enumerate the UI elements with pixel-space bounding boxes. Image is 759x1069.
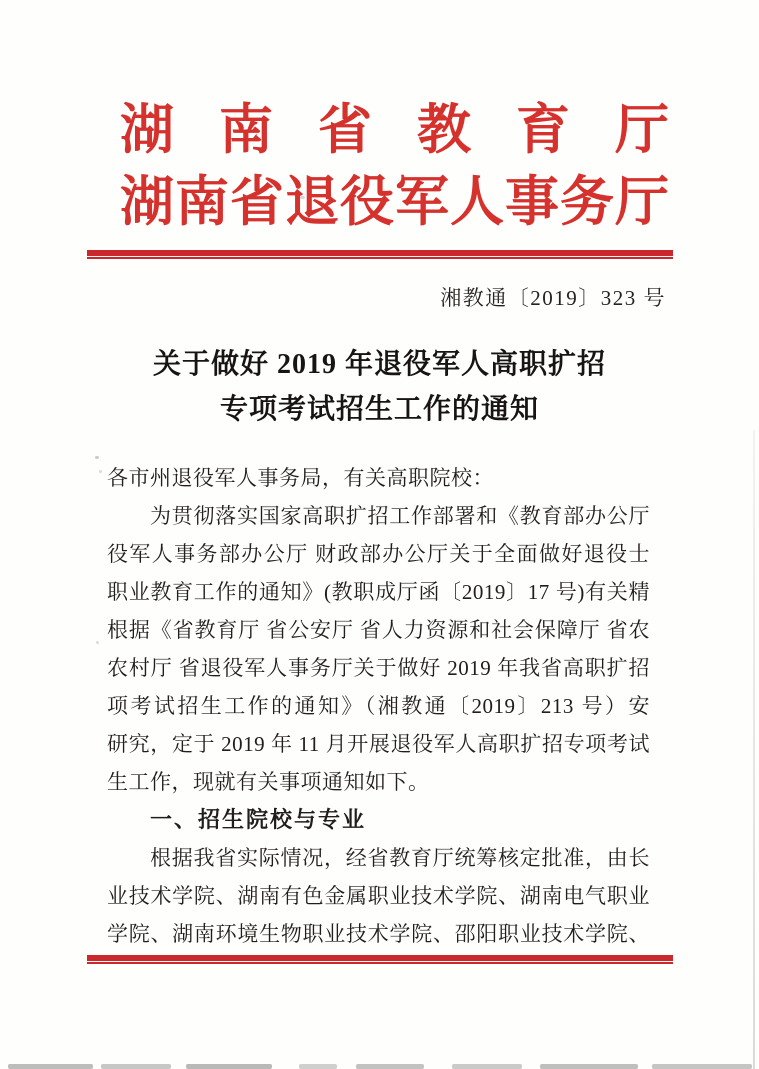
letterhead-agency-line-1: 湖南省教育厅 <box>120 100 669 160</box>
body-text: 各市州退役军人事务局，有关高职院校：为贯彻落实国家高职扩招工作部署和《教育部办公… <box>107 459 650 953</box>
body-line: 项考试招生工作的通知》（湘教通〔2019〕213 号）安排，经 <box>107 687 650 725</box>
scan-edge-artifact-right <box>753 430 755 1069</box>
letterhead-rule <box>87 250 673 259</box>
notice-title: 关于做好 2019 年退役军人高职扩招 专项考试招生工作的通知 <box>0 342 759 432</box>
document-number: 湘教通〔2019〕323 号 <box>440 283 666 313</box>
scanned-official-notice-page: 湖南省教育厅 湖南省退役军人事务厅 湘教通〔2019〕323 号 关于做好 20… <box>0 0 759 1069</box>
body-line: 研究，定于 2019 年 11 月开展退役军人高职扩招专项考试招 <box>107 725 650 763</box>
body-line: 职业教育工作的通知》(教职成厅函〔2019〕17 号)有关精神， <box>107 573 650 611</box>
letterhead-agency-line-2: 湖南省退役军人事务厅 <box>120 172 669 232</box>
section-heading: 一、招生院校与专业 <box>107 801 650 839</box>
notice-title-line-2: 专项考试招生工作的通知 <box>0 387 759 432</box>
body-line: 农村厅 省退役军人事务厅关于做好 2019 年我省高职扩招专 <box>107 649 650 687</box>
body-line: 根据我省实际情况，经省教育厅统筹核定批准，由长沙职 <box>107 839 650 877</box>
scan-edge-artifact-bottom <box>0 1062 759 1069</box>
body-line: 业技术学院、湖南有色金属职业技术学院、湖南电气职业技术 <box>107 877 650 915</box>
body-line: 学院、湖南环境生物职业技术学院、邵阳职业技术学院、湖南 <box>107 915 650 953</box>
body-line: 根据《省教育厅 省公安厅 省人力资源和社会保障厅 省农业 <box>107 611 650 649</box>
body-line: 役军人事务部办公厅 财政部办公厅关于全面做好退役士兵 <box>107 535 650 573</box>
ink-speckle <box>300 196 305 199</box>
body-line: 各市州退役军人事务局，有关高职院校： <box>107 459 650 497</box>
ink-speckle <box>96 641 99 644</box>
footer-rule <box>87 955 673 964</box>
body-line: 为贯彻落实国家高职扩招工作部署和《教育部办公厅 退 <box>107 497 650 535</box>
ink-speckle <box>99 470 102 473</box>
ink-speckle <box>95 456 99 459</box>
notice-title-line-1: 关于做好 2019 年退役军人高职扩招 <box>0 342 759 387</box>
body-line: 生工作，现就有关事项通知如下。 <box>107 763 650 801</box>
